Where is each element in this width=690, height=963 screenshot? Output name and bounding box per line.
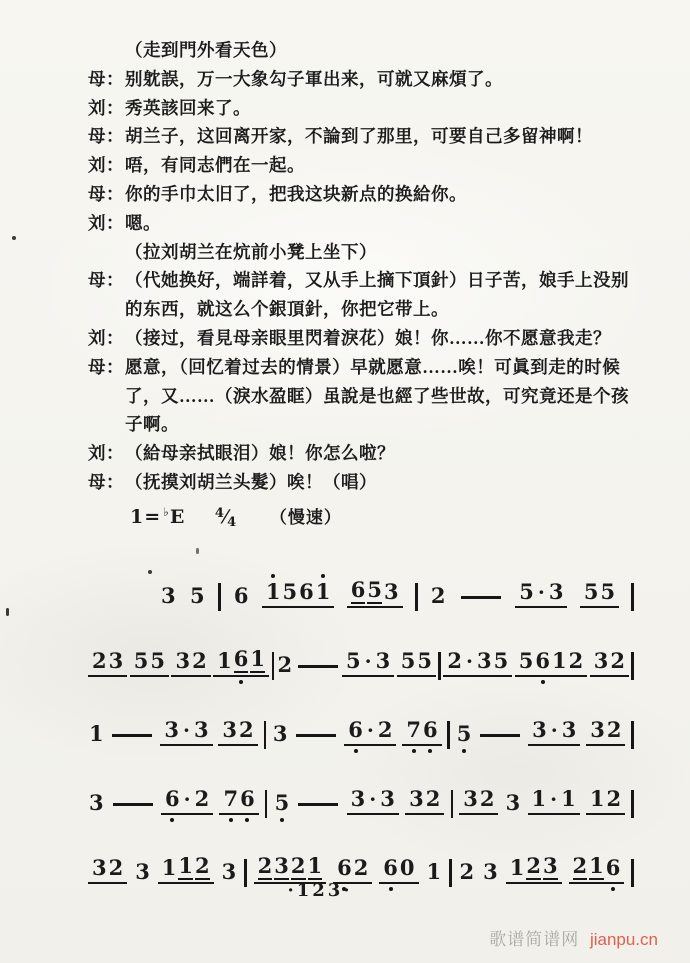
beamed-note-group: 5612 [515,649,588,677]
jianpu-note: 2 [108,856,125,880]
held-note-dash [112,734,152,737]
jianpu-note: 5 [518,580,535,604]
jianpu-note: 5 [456,722,473,746]
speaker-label: 母： [88,266,124,295]
jianpu-note: 3 [531,718,548,742]
jianpu-note: 3 [593,649,610,673]
jianpu-note: 2 [377,718,394,742]
dialog-line: 母：你的手巾太旧了，把我这块新点的换給你。 [88,180,640,209]
dialog-line: 母：胡兰子，这回离开家，不論到了那里，可要自己多留神啊！ [88,122,640,151]
jianpu-note: 5 [133,649,150,673]
rhythm-dot: · [547,787,560,811]
barline [631,721,634,749]
jianpu-note: 1 [88,722,105,746]
scan-speck [148,570,152,574]
speaker-label: 刘： [88,151,124,180]
jianpu-note: 5 [345,649,362,673]
dialog-line: 母：别躭誤，万一大象勾子軍出来，可就又麻煩了。 [88,65,640,94]
jianpu-note: 2 [194,787,211,811]
rhythm-dot: · [362,649,375,673]
stage-direction-line: （拉刘胡兰在炕前小凳上坐下） [88,238,640,267]
jianpu-note: 2 [446,649,463,673]
jianpu-note: 3 [408,787,425,811]
barline [272,652,275,680]
jianpu-note: 3 [174,649,191,673]
jianpu-note: 5 [416,649,433,673]
jianpu-note: 2 [479,787,496,811]
jianpu-note: 1 [161,856,178,880]
dialog-line: 刘：（給母亲拭眼泪）娘！你怎么啦？ [88,439,640,468]
beamed-note-group: 3·3 [528,718,580,746]
dialog-text: 胡兰子，这回离开家，不論到了那里，可要自己多留神啊！ [125,126,593,146]
jianpu-note: 3 [163,718,180,742]
scan-speck [6,608,9,616]
jianpu-systems: 356156165325·35523553216125·3552·3556123… [88,574,634,884]
jianpu-note: 2 [191,649,208,673]
octave-dot-high [321,574,325,578]
speaker-label: 刘： [88,94,124,123]
barline [264,721,267,749]
jianpu-note: 6 [382,856,399,880]
beamed-note-group: 653 [347,578,403,608]
jianpu-note: 2 [194,854,211,880]
beamed-note-group: 55 [130,649,169,677]
rhythm-dot: · [463,649,476,673]
jianpu-note: 2 [606,787,623,811]
octave-dot-low [412,749,416,753]
dialog-line: 母：愿意，（回忆着过去的情景）早就愿意……唉！可眞到走的时候了，又……（淚水盈眶… [88,353,640,439]
dialog-text: （代她换好，端詳着，又从手上摘下頂針）日子苦，娘手上没别的东西，就这么个銀頂針，… [125,270,629,319]
jianpu-note: 3 [91,856,108,880]
jianpu-note: 6 [298,580,315,604]
held-note-dash [298,803,338,806]
dialog-text: 你的手巾太旧了，把我这块新点的换給你。 [125,184,467,204]
rhythm-dot: · [364,718,377,742]
beamed-note-group: 6·2 [161,787,213,815]
key-signature: 1=♭E [130,506,185,528]
dialog-text: 嗯。 [125,213,161,233]
jianpu-note: 1 [249,647,266,673]
jianpu-note: 5 [366,578,383,604]
jianpu-note: 3 [379,787,396,811]
jianpu-note: 2 [425,787,442,811]
jianpu-note: 5 [400,649,417,673]
beamed-note-group: 32 [590,649,629,677]
jianpu-note: 1 [588,854,605,880]
watermark-site-name: 歌谱简谱网 [489,930,579,949]
jianpu-note: 2 [572,854,589,880]
dialog-line: 刘：秀英該回来了。 [88,94,640,123]
jianpu-note: 1 [531,787,548,811]
dialog-line: 母：（抚摸刘胡兰头髮）唉！（唱） [88,468,640,497]
dialog-text: 愿意，（回忆着过去的情景）早就愿意……唉！可眞到走的时候了，又……（淚水盈眶）虽… [125,357,629,435]
speaker-label: 刘： [88,324,124,353]
jianpu-note: 7 [405,718,422,742]
jianpu-note: 5 [149,649,166,673]
rhythm-dot: · [548,718,561,742]
jianpu-note: 3 [88,791,105,815]
jianpu-note: 5 [274,791,291,815]
jianpu-note: 1 [177,854,194,880]
barline [631,652,634,680]
beamed-note-group: 32 [586,718,625,746]
beamed-note-group: 2·35 [443,649,512,677]
jianpu-note: 1 [509,856,526,880]
jianpu-note: 6 [164,787,181,811]
stage-direction-line: （走到門外看天色） [88,36,640,65]
speaker-label: 刘： [88,209,124,238]
jianpu-note: 5 [493,649,510,673]
octave-dot-low [170,818,174,822]
dialog-text: （走到門外看天色） [125,40,287,60]
scanned-score-page: （走到門外看天色）母：别躭誤，万一大象勾子軍出来，可就又麻煩了。刘：秀英該回来了… [0,0,690,963]
jianpu-note: 3 [375,649,392,673]
rhythm-dot: · [535,580,548,604]
barline [631,790,634,818]
jianpu-note: 3 [542,854,559,880]
jianpu-note: 6 [239,787,256,811]
barline [631,583,634,611]
jianpu-note: 7 [222,787,239,811]
rhythm-dot: · [366,787,379,811]
rhythm-dot: · [180,718,193,742]
jianpu-note: 2 [430,584,447,608]
jianpu-system: 36·27653·3323231·112 [88,781,634,815]
beamed-note-group: 23 [88,649,127,677]
held-note-dash [461,596,501,599]
jianpu-note: 5 [599,580,616,604]
jianpu-note: 3 [548,580,565,604]
watermark: 歌谱简谱网 jianpu.cn [489,925,658,950]
jianpu-note: 3 [462,787,479,811]
jianpu-note: 6 [605,856,622,880]
jianpu-note: 6 [534,649,551,673]
dialog-text: 别躭誤，万一大象勾子軍出来，可就又麻煩了。 [125,69,503,89]
jianpu-note: 3 [476,649,493,673]
flat-sign: ♭ [163,505,170,519]
watermark-site-url[interactable]: jianpu.cn [590,930,658,949]
beamed-note-group: 76 [402,718,441,746]
dialog-text: 唔，有同志們在一起。 [125,155,305,175]
time-signature: 4⁄4 [215,506,236,528]
jianpu-note: 3 [350,787,367,811]
jianpu-note: 3 [221,718,238,742]
barline [447,721,450,749]
tempo-marking: （慢速） [270,508,342,527]
octave-dot-low [280,818,284,822]
beamed-note-group: 32 [171,649,210,677]
barline [218,583,221,611]
octave-dot-low [354,749,358,753]
speaker-label: 母： [88,122,124,151]
jianpu-note: 1 [589,787,606,811]
jianpu-note: 1 [216,649,233,673]
jianpu-note: 2 [276,653,293,677]
jianpu-note: 2 [609,649,626,673]
beamed-note-group: 5·3 [515,580,567,608]
jianpu-note: 3 [193,718,210,742]
held-note-dash [298,665,338,668]
jianpu-note: 3 [505,791,522,815]
scan-speck [12,236,16,240]
dialog-line: 刘：（接过，看見母亲眼里閃着淚花）娘！你……你不愿意我走？ [88,324,640,353]
beamed-note-group: 32 [218,718,257,746]
octave-dot-low [462,749,466,753]
speaker-label: 母： [88,180,124,209]
beamed-note-group: 5·3 [342,649,394,677]
speaker-label: 母： [88,468,124,497]
beamed-note-group: 3·3 [160,718,212,746]
jianpu-note: 6 [233,584,250,608]
octave-dot-low [239,680,243,684]
jianpu-note: 6 [347,718,364,742]
jianpu-note: 3 [273,854,290,880]
beamed-note-group: 32 [459,787,498,815]
jianpu-note: 6 [336,856,353,880]
dialog-line: 刘：唔，有同志們在一起。 [88,151,640,180]
speaker-label: 刘： [88,439,124,468]
jianpu-system: 323112323216260123123216 [88,850,634,884]
beamed-note-group: 1·1 [528,787,580,815]
dialog-block: （走到門外看天色）母：别躭誤，万一大象勾子軍出来，可就又麻煩了。刘：秀英該回来了… [88,36,640,497]
jianpu-note: 3 [589,718,606,742]
held-note-dash [296,734,336,737]
jianpu-note: 2 [290,854,307,880]
beamed-note-group: 12 [586,787,625,815]
barline [265,790,268,818]
beamed-note-group: 1561 [262,580,335,608]
octave-dot-low [245,818,249,822]
jianpu-note: 1 [551,649,568,673]
speaker-label: 母： [88,353,124,382]
jianpu-note: 2 [257,854,274,880]
jianpu-note: 5 [189,584,206,608]
beamed-note-group: 76 [219,787,258,815]
jianpu-note: 3 [561,718,578,742]
jianpu-note: 1 [315,580,332,604]
jianpu-note: 1 [560,787,577,811]
jianpu-note: 3 [383,580,400,604]
beamed-note-group: 55 [580,580,619,608]
beamed-note-group: 32 [405,787,444,815]
octave-dot-low [428,749,432,753]
jianpu-system: 23553216125·3552·35561232 [88,643,634,677]
octave-dot-low [541,680,545,684]
jianpu-note: 5 [583,580,600,604]
page-number: ·123· [0,880,640,901]
key-and-tempo-line: 1=♭E 4⁄4 （慢速） [130,503,634,539]
jianpu-note: 3 [272,722,289,746]
jianpu-note: 5 [282,580,299,604]
beamed-note-group: 161 [213,647,269,677]
beamed-note-group: 3·3 [347,787,399,815]
jianpu-note: 3 [160,584,177,608]
jianpu-system: 13·33236·27653·332 [88,712,634,746]
barline [415,583,418,611]
jianpu-note: 2 [568,649,585,673]
jianpu-note: 1 [265,580,282,604]
scan-speck [196,548,199,554]
jianpu-note: 3 [108,649,125,673]
jianpu-note: 6 [350,578,367,604]
held-note-dash [480,734,520,737]
music-block: 1=♭E 4⁄4 （慢速） 356156165325·3552355321612… [88,503,634,884]
octave-dot-low [229,818,233,822]
dialog-text: （抚摸刘胡兰头髮）唉！（唱） [125,472,377,492]
jianpu-note: 2 [353,856,370,880]
rest-note: 0 [399,856,416,880]
jianpu-note: 2 [525,854,542,880]
held-note-dash [113,803,153,806]
barline [451,790,454,818]
dialog-text: （給母亲拭眼泪）娘！你怎么啦？ [125,443,395,463]
beamed-note-group: 6·2 [344,718,396,746]
jianpu-note: 6 [422,718,439,742]
jianpu-note: 2 [238,718,255,742]
jianpu-note: 2 [91,649,108,673]
octave-dot-high [271,574,275,578]
dialog-text: 秀英該回来了。 [125,98,251,118]
dialog-line: 刘：嗯。 [88,209,640,238]
beamed-note-group: 55 [397,649,436,677]
jianpu-note: 6 [233,647,250,673]
jianpu-note: 2 [606,718,623,742]
speaker-label: 母： [88,65,124,94]
dialog-text: （拉刘胡兰在炕前小凳上坐下） [125,242,377,262]
jianpu-note: 1 [307,854,324,880]
jianpu-note: 5 [518,649,535,673]
dialog-text: （接过，看見母亲眼里閃着淚花）娘！你……你不愿意我走？ [125,328,611,348]
barline [438,652,441,680]
dialog-line: 母：（代她换好，端詳着，又从手上摘下頂針）日子苦，娘手上没别的东西，就这么个銀頂… [88,266,640,324]
jianpu-system: 356156165325·355 [88,574,634,608]
rhythm-dot: · [181,787,194,811]
